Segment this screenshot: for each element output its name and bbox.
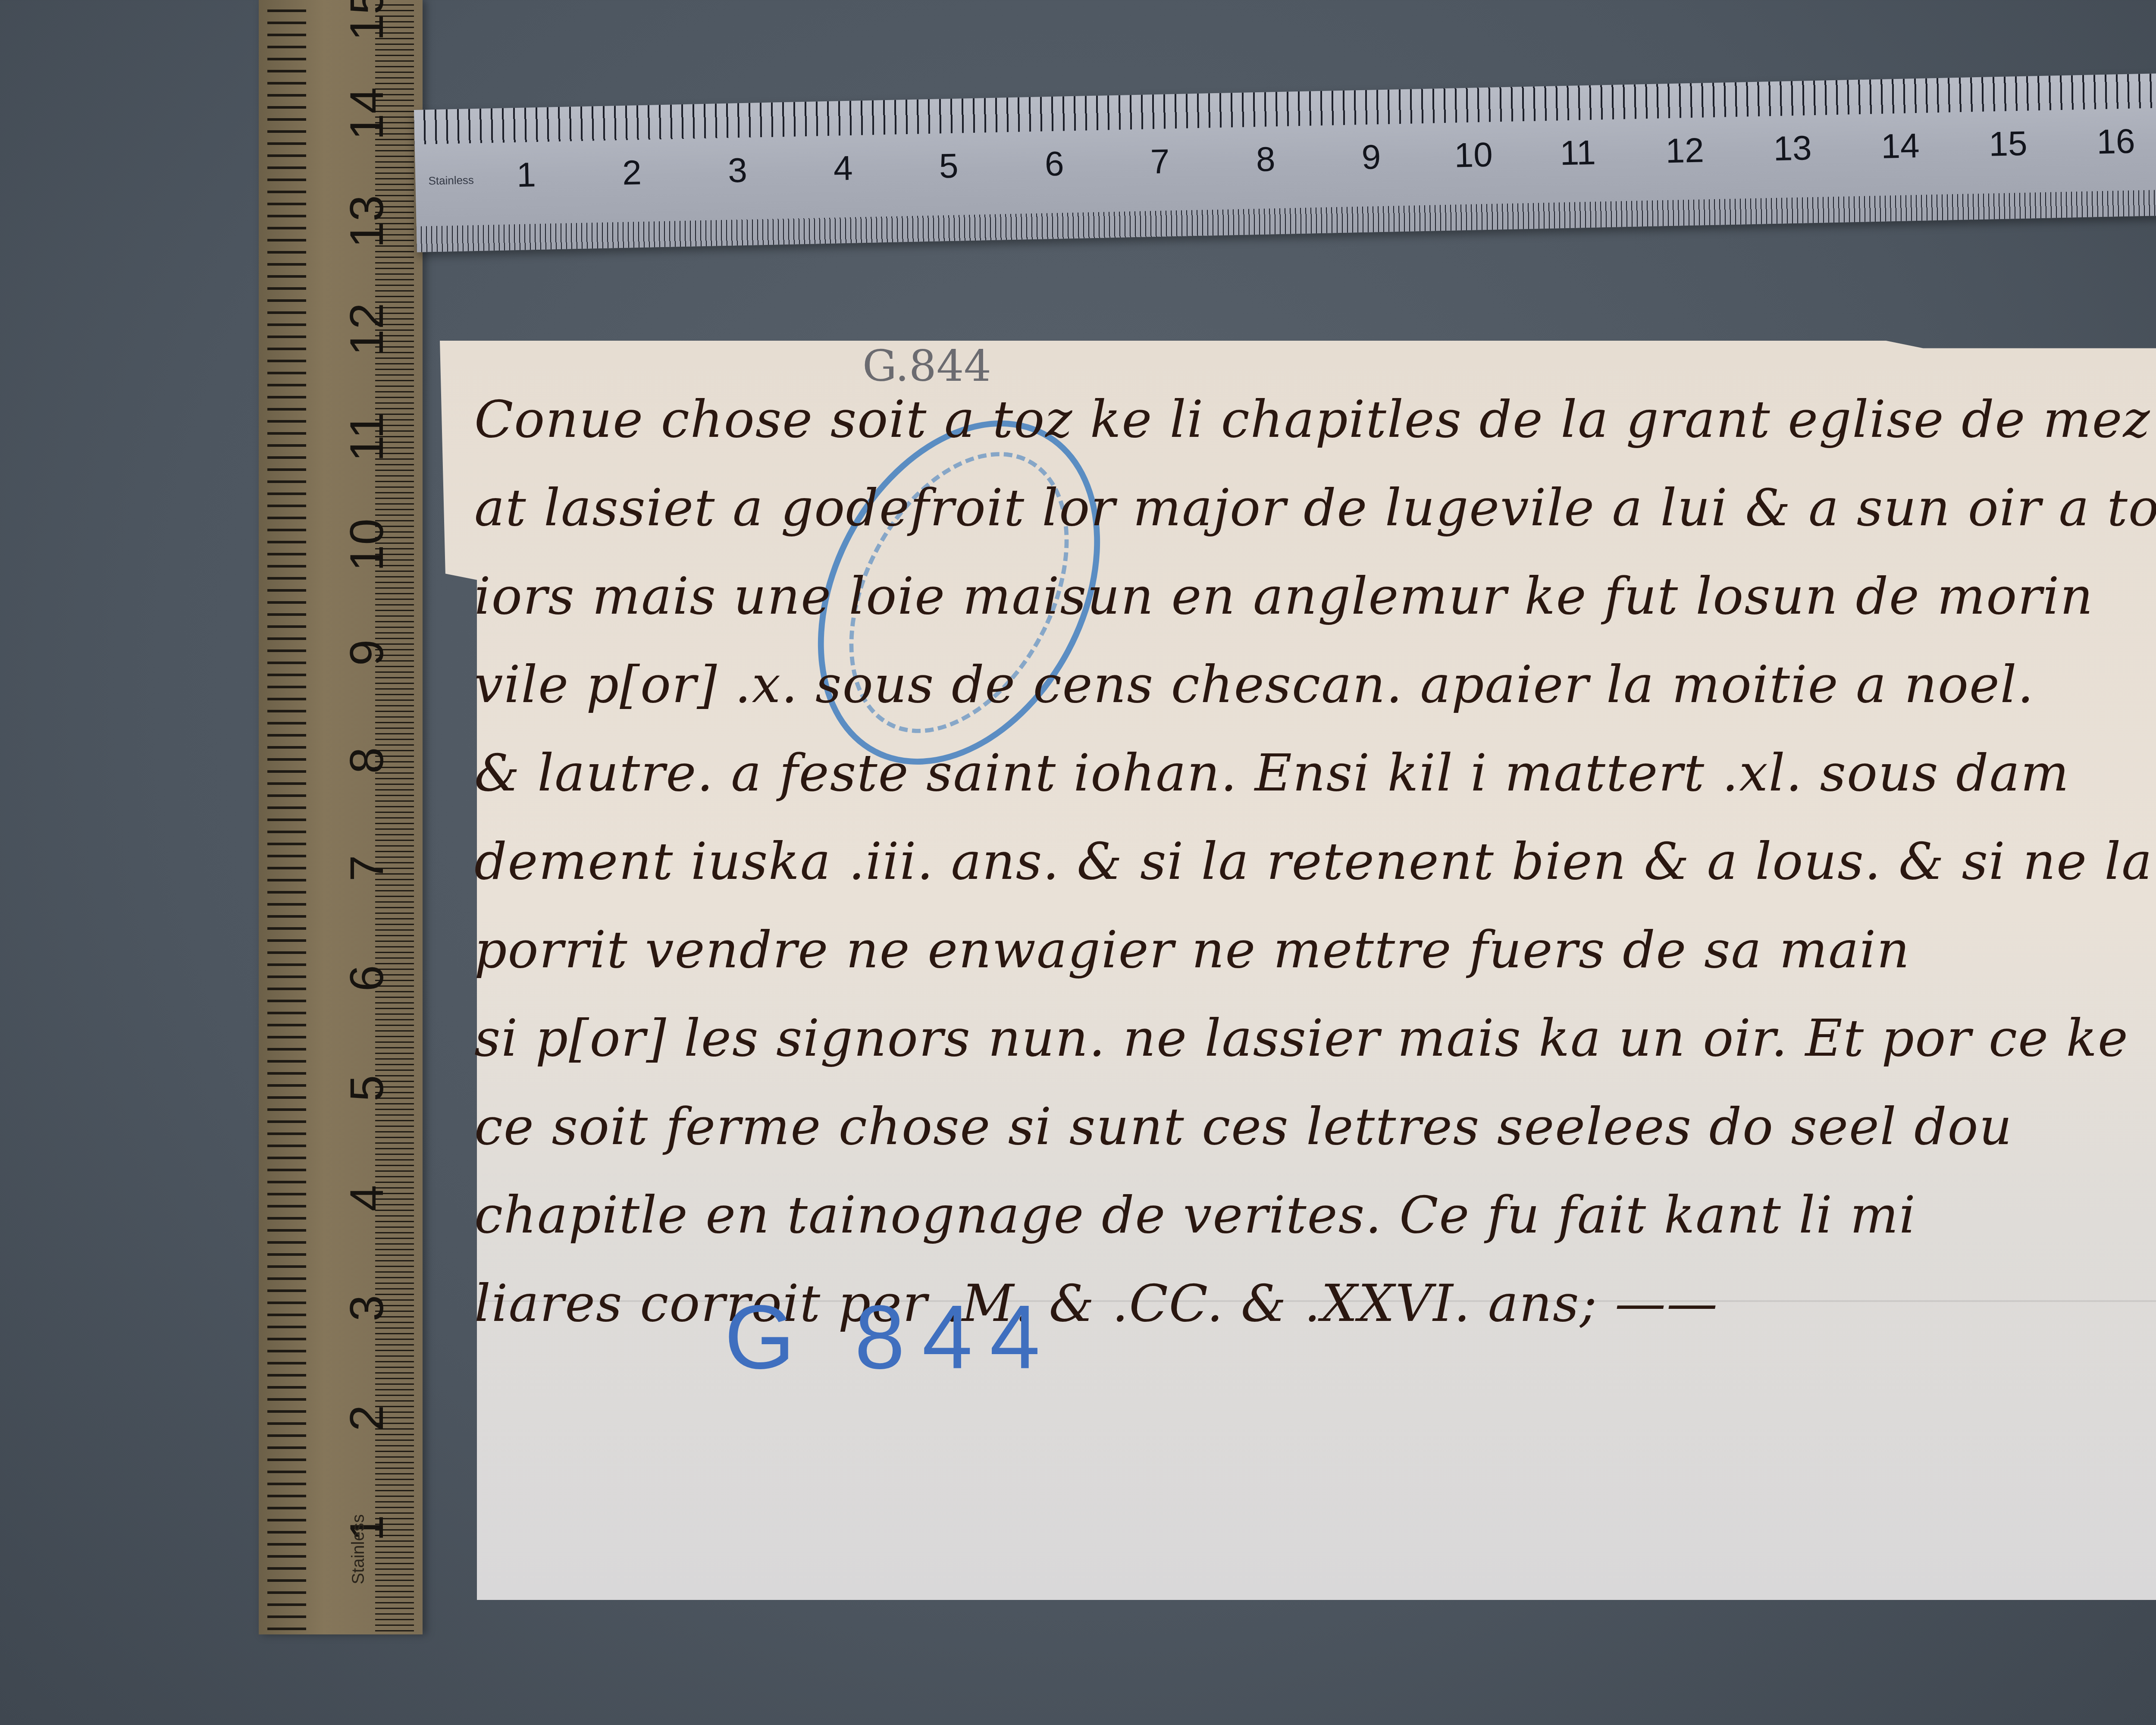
ruler-label: 5 [339, 1054, 394, 1123]
ruler-label: 12 [1665, 130, 1705, 171]
text-line: chapitle en tainognage de verites. Ce fu… [474, 1171, 2156, 1259]
text-line: ce soit ferme chose si sunt ces lettres … [474, 1082, 2156, 1171]
ruler-label: 13 [339, 187, 394, 256]
ruler-label: 5 [939, 146, 959, 186]
ruler-label: 2 [622, 153, 642, 193]
ruler-label: 4 [833, 148, 853, 188]
blue-shelfmark: G 844 [724, 1285, 1057, 1389]
ruler-label: 12 [339, 295, 394, 364]
ruler-label: 14 [339, 79, 394, 148]
ruler-ticks [267, 0, 306, 1634]
ruler-label: 7 [1150, 141, 1170, 182]
ruler-label: 8 [1256, 139, 1275, 179]
ruler-label: 3 [727, 151, 747, 191]
vertical-ruler: 1 2 3 4 5 6 7 8 9 10 11 12 13 14 15 Stai… [259, 0, 423, 1634]
horizontal-ruler: Stainless 1 2 3 4 5 6 7 8 9 10 11 12 13 … [414, 64, 2156, 252]
ruler-label: 11 [339, 403, 394, 472]
text-line: iors mais une loie maisun en anglemur ke… [474, 552, 2156, 640]
ruler-label: 10 [1454, 135, 1493, 176]
text-line: porrit vendre ne enwagier ne mettre fuer… [474, 906, 2156, 994]
text-line: Conue chose soit a toz ke li chapitles d… [474, 375, 2156, 464]
text-line: dement iuska .iii. ans. & si la retenent… [474, 817, 2156, 906]
text-line: vile p[or] .x. sous de cens chescan. apa… [474, 640, 2156, 729]
text-line: si p[or] les signors nun. ne lassier mai… [474, 994, 2156, 1082]
ruler-label: 11 [1560, 133, 1596, 173]
ruler-label: 14 [1881, 126, 1920, 166]
ruler-label: 6 [1044, 144, 1064, 184]
ruler-label: 6 [339, 944, 394, 1013]
ruler-label: 10 [339, 511, 394, 580]
ruler-label: 9 [1361, 137, 1381, 177]
ruler-label: 7 [339, 834, 394, 903]
text-line: at lassiet a godefroit lor major de luge… [474, 464, 2156, 552]
ruler-brand: Stainless [428, 173, 474, 188]
ruler-label: 13 [1773, 128, 1812, 169]
charter-text: Conue chose soit a toz ke li chapitles d… [474, 375, 2156, 1348]
ruler-label: 16 [2096, 121, 2135, 162]
ruler-label: 4 [339, 1164, 394, 1233]
ruler-label: 15 [339, 0, 394, 49]
ruler-brand: Stainless [349, 1514, 368, 1584]
ruler-ticks [417, 180, 2156, 252]
ruler-label: 1 [516, 155, 536, 195]
text-line: & lautre. a feste saint iohan. Ensi kil … [474, 729, 2156, 817]
ruler-label: 2 [339, 1384, 394, 1453]
ruler-label: 3 [339, 1274, 394, 1343]
ruler-label: 15 [1989, 124, 2028, 164]
ruler-label: 9 [339, 618, 394, 687]
ruler-label: 8 [339, 726, 394, 795]
